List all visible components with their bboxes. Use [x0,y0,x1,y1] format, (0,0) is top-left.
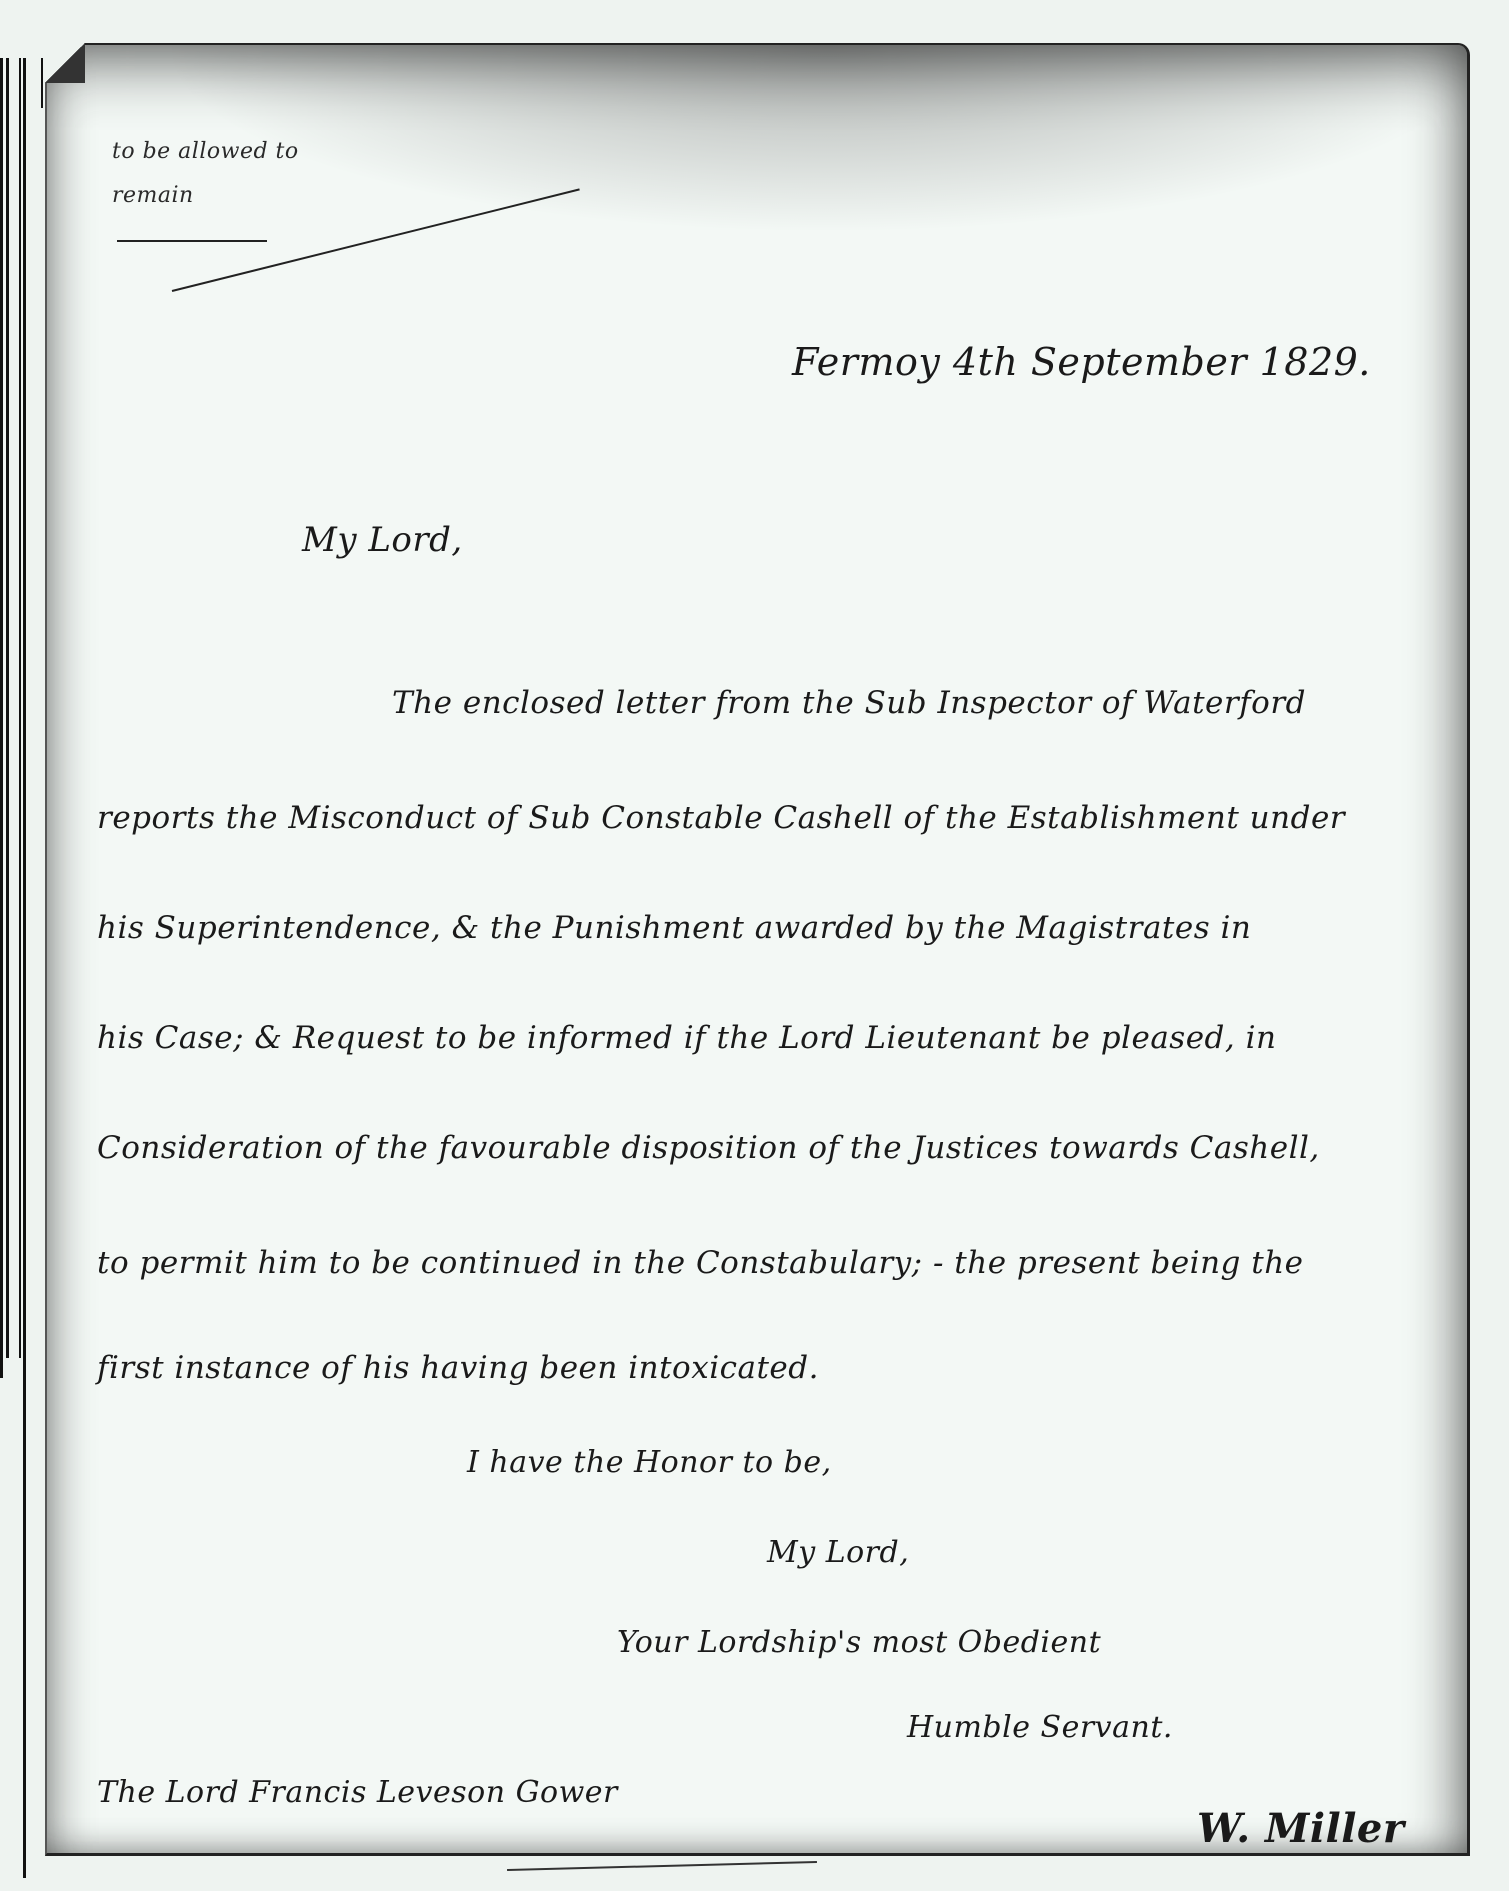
binder-edge-line [0,58,3,1378]
body-line: Consideration of the favourable disposit… [97,1130,1320,1166]
binder-edge-line [6,58,9,1358]
letter-page: to be allowed to remain Fermoy 4th Septe… [45,43,1470,1856]
salutation: My Lord, [302,520,463,560]
margin-underline [117,240,267,242]
binder-edge-line [19,58,21,1358]
torn-corner [45,43,85,83]
body-line: The enclosed letter from the Sub Inspect… [392,685,1306,721]
signature: W. Miller [1197,1805,1404,1852]
body-line: his Case; & Request to be informed if th… [97,1020,1277,1056]
body-line: reports the Misconduct of Sub Constable … [97,800,1345,836]
body-line: first instance of his having been intoxi… [97,1350,819,1386]
binder-edge-line [41,58,43,108]
pen-flourish-mark [507,1861,817,1871]
closing-line: My Lord, [767,1535,909,1570]
date-line: Fermoy 4th September 1829. [792,340,1371,384]
margin-note-line: to be allowed to [112,130,299,174]
closing-line: Your Lordship's most Obedient [617,1625,1101,1660]
margin-note-line: remain [112,174,299,218]
margin-note: to be allowed to remain [112,130,299,218]
body-line: his Superintendence, & the Punishment aw… [97,910,1251,946]
body-line: to permit him to be continued in the Con… [97,1245,1304,1281]
closing-line: Humble Servant. [907,1710,1173,1745]
addressee: The Lord Francis Leveson Gower [97,1775,618,1810]
binder-edge-line [23,58,26,1878]
closing-line: I have the Honor to be, [467,1445,832,1480]
